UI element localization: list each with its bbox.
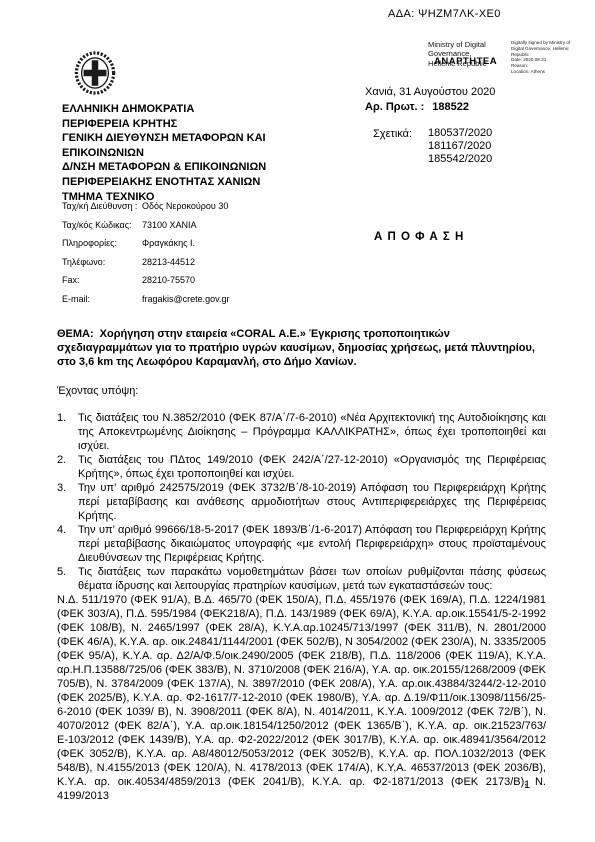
related-block: Σχετικά: 180537/2020 181167/2020 185542/…	[373, 127, 495, 167]
agency-line: Δ/ΝΣΗ ΜΕΤΑΦΟΡΩΝ & ΕΠΙΚΟΙΝΩΝΙΩΝ	[62, 160, 304, 175]
agency-letterhead: ΕΛΛΗΝΙΚΗ ΔΗΜΟΚΡΑΤΙΑ ΠΕΡΙΦΕΡΕΙΑ ΚΡΗΤΗΣ ΓΕ…	[62, 102, 304, 204]
contact-row: Πληροφορίες: Φραγκάκης Ι.	[62, 238, 322, 248]
item-text: Τις διατάξεις του Ν.3852/2010 (ΦΕΚ 87/Α΄…	[78, 411, 546, 453]
digital-signature-stamp: Ministry of Digital Governance, Hellenic…	[428, 40, 595, 75]
reference-block: Χανιά, 31 Αυγούστου 2020 Αρ. Πρωτ. :1885…	[365, 85, 495, 167]
contact-label: Τηλέφωνο:	[62, 257, 142, 267]
item-number: 3.	[57, 481, 78, 523]
item-number: 2.	[57, 453, 78, 481]
item-text: Τις διατάξεις του ΠΔτος 149/2010 (ΦΕΚ 24…	[78, 453, 546, 481]
related-label: Σχετικά:	[373, 127, 428, 167]
document-page: ΑΔΑ: ΨΗΖΜ7ΛΚ-ΧΕ0 Ministry of Digital Gov…	[0, 0, 595, 842]
protocol-number: 188522	[432, 101, 469, 113]
item-text: Τις διατάξεις των παρακάτω νομοθετημάτων…	[78, 565, 546, 593]
item-number: 4.	[57, 523, 78, 565]
protocol-label: Αρ. Πρωτ. :	[365, 101, 424, 113]
contact-row: Τηλέφωνο: 28213-44512	[62, 257, 322, 267]
item-number: 1.	[57, 411, 78, 453]
subject-label: ΘΕΜΑ:	[57, 328, 94, 340]
item-text: Την υπ’ αριθμό 242575/2019 (ΦΕΚ 3732/Β΄/…	[78, 481, 546, 523]
agency-line: ΠΕΡΙΦΕΡΕΙΑΚΗΣ ΕΝΟΤΗΤΑΣ ΧΑΝΙΩΝ	[62, 175, 304, 190]
signature-detail-line: Location: Athens	[511, 69, 595, 75]
subject-text: Χορήγηση στην εταιρεία «CORAL Α.Ε.» Έγκρ…	[57, 328, 535, 368]
agency-line: ΠΕΡΙΦΕΡΕΙΑ ΚΡΗΤΗΣ	[62, 117, 304, 132]
item-text: Την υπ’ αριθμό 99666/18-5-2017 (ΦΕΚ 1893…	[78, 523, 546, 565]
contact-label: Ταχ/κός Κώδικας:	[62, 220, 142, 230]
signature-details: Digitally signed by Ministry of Digital …	[511, 40, 595, 75]
contact-label: Πληροφορίες:	[62, 238, 142, 248]
related-number: 185542/2020	[428, 153, 492, 166]
contact-value: 73100 ΧΑΝΙΑ	[142, 220, 322, 230]
contact-value: 28213-44512	[142, 257, 322, 267]
considerations-list: 1. Τις διατάξεις του Ν.3852/2010 (ΦΕΚ 87…	[57, 411, 546, 593]
hellenic-republic-emblem-icon	[74, 50, 116, 96]
ada-code: ΑΔΑ: ΨΗΖΜ7ΛΚ-ΧΕ0	[388, 8, 501, 20]
contact-value: 28210-75570	[142, 275, 322, 285]
legal-references: Ν.Δ. 511/1970 (ΦΕΚ 91/Α), Β.Δ. 465/70 (Φ…	[57, 593, 546, 803]
contact-row: Fax: 28210-75570	[62, 275, 322, 285]
consideration-item: 1. Τις διατάξεις του Ν.3852/2010 (ΦΕΚ 87…	[57, 411, 546, 453]
contact-row: Ταχ/κή Διεύθυνση : Οδός Νεροκούρου 30	[62, 201, 322, 211]
document-body: ΘΕΜΑ:Χορήγηση στην εταιρεία «CORAL Α.Ε.»…	[57, 327, 546, 803]
subject-paragraph: ΘΕΜΑ:Χορήγηση στην εταιρεία «CORAL Α.Ε.»…	[57, 327, 546, 369]
place-date: Χανιά, 31 Αυγούστου 2020	[365, 85, 495, 99]
contact-label: E-mail:	[62, 294, 142, 304]
contact-value: Φραγκάκης Ι.	[142, 238, 322, 248]
contact-label: Ταχ/κή Διεύθυνση :	[62, 201, 142, 211]
contact-email-value: fragakis@crete.gov.gr	[142, 294, 322, 304]
related-numbers: 180537/2020 181167/2020 185542/2020	[428, 127, 492, 167]
consideration-item: 4. Την υπ’ αριθμό 99666/18-5-2017 (ΦΕΚ 1…	[57, 523, 546, 565]
contact-value: Οδός Νεροκούρου 30	[142, 201, 322, 211]
protocol-line: Αρ. Πρωτ. :188522	[365, 100, 495, 114]
anartitea-overlay-text: ΑΝΑΡΤΗΤΕΑ	[434, 56, 497, 67]
contact-label: Fax:	[62, 275, 142, 285]
consideration-item: 3. Την υπ’ αριθμό 242575/2019 (ΦΕΚ 3732/…	[57, 481, 546, 523]
contact-block: Ταχ/κή Διεύθυνση : Οδός Νεροκούρου 30 Τα…	[62, 201, 322, 313]
agency-line: ΕΛΛΗΝΙΚΗ ΔΗΜΟΚΡΑΤΙΑ	[62, 102, 304, 117]
item-number: 5.	[57, 565, 78, 593]
preamble: Έχοντας υπόψη:	[57, 384, 546, 398]
related-number: 180537/2020	[428, 127, 492, 140]
signature-org-line: Ministry of Digital	[428, 40, 506, 49]
related-number: 181167/2020	[428, 140, 492, 153]
page-number: 1	[524, 779, 530, 791]
contact-row: Ταχ/κός Κώδικας: 73100 ΧΑΝΙΑ	[62, 220, 322, 230]
contact-row: E-mail: fragakis@crete.gov.gr	[62, 294, 322, 304]
consideration-item: 2. Τις διατάξεις του ΠΔτος 149/2010 (ΦΕΚ…	[57, 453, 546, 481]
agency-line: ΓΕΝΙΚΗ ΔΙΕΥΘΥΝΣΗ ΜΕΤΑΦΟΡΩΝ ΚΑΙ ΕΠΙΚΟΙΝΩΝ…	[62, 131, 304, 160]
consideration-item: 5. Τις διατάξεις των παρακάτω νομοθετημά…	[57, 565, 546, 593]
decision-heading: Α Π Ο Φ Α Σ Η	[374, 231, 464, 243]
